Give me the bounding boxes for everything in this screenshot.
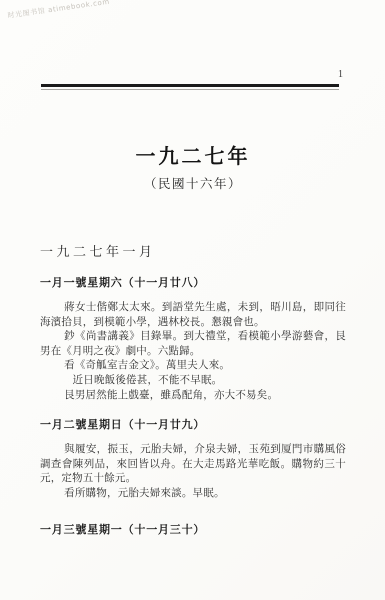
entry-date-heading: 一月三號星期一（十一月三十）	[40, 523, 346, 537]
page-content: 一九二七年 （民國十六年） 一九二七年一月 一月一號星期六（十一月廿八） 蔣女士…	[40, 0, 346, 537]
diary-paragraph: 鈔《尚書講義》目錄畢。到大禮堂，看模範小學游藝會，艮男在《月明之夜》劇中。六點歸…	[40, 330, 346, 359]
scanned-book-page: 时光图书馆 atimebook.com 1 一九二七年 （民國十六年） 一九二七…	[0, 0, 385, 600]
diary-entry-jan-2: 一月二號星期日（十一月廿九） 與履安，振玉，元胎夫婦，介泉夫婦，玉苑到厦門市購風…	[40, 418, 346, 501]
diary-entry-jan-3: 一月三號星期一（十一月三十）	[40, 523, 346, 537]
entry-date-heading: 一月一號星期六（十一月廿八）	[40, 276, 346, 290]
year-title: 一九二七年	[40, 146, 346, 169]
diary-paragraph: 艮男居然能上戲臺，雖爲配角，亦大不易矣。	[40, 389, 346, 404]
diary-paragraph: 看所購物，元胎夫婦來談。早眠。	[40, 487, 346, 502]
diary-paragraph: 看《奇觚室吉金文》。萬里夫人來。	[40, 359, 346, 374]
diary-paragraph: 蔣女士偕鄭太太來。到語堂先生處，未到，晤川島，即同往海濱拾貝，到模範小學，遇林校…	[40, 301, 346, 330]
entry-date-heading: 一月二號星期日（十一月廿九）	[40, 418, 346, 432]
diary-paragraph: 與履安，振玉，元胎夫婦，介泉夫婦，玉苑到厦門市購風俗調查會陳列品，來回皆以舟。在…	[40, 443, 346, 487]
year-subtitle: （民國十六年）	[40, 176, 346, 192]
diary-entry-jan-1: 一月一號星期六（十一月廿八） 蔣女士偕鄭太太來。到語堂先生處，未到，晤川島，即同…	[40, 276, 346, 403]
month-section-label: 一九二七年一月	[40, 244, 346, 260]
diary-paragraph: 近日晚飯後倦甚，不能不早眠。	[40, 374, 346, 389]
